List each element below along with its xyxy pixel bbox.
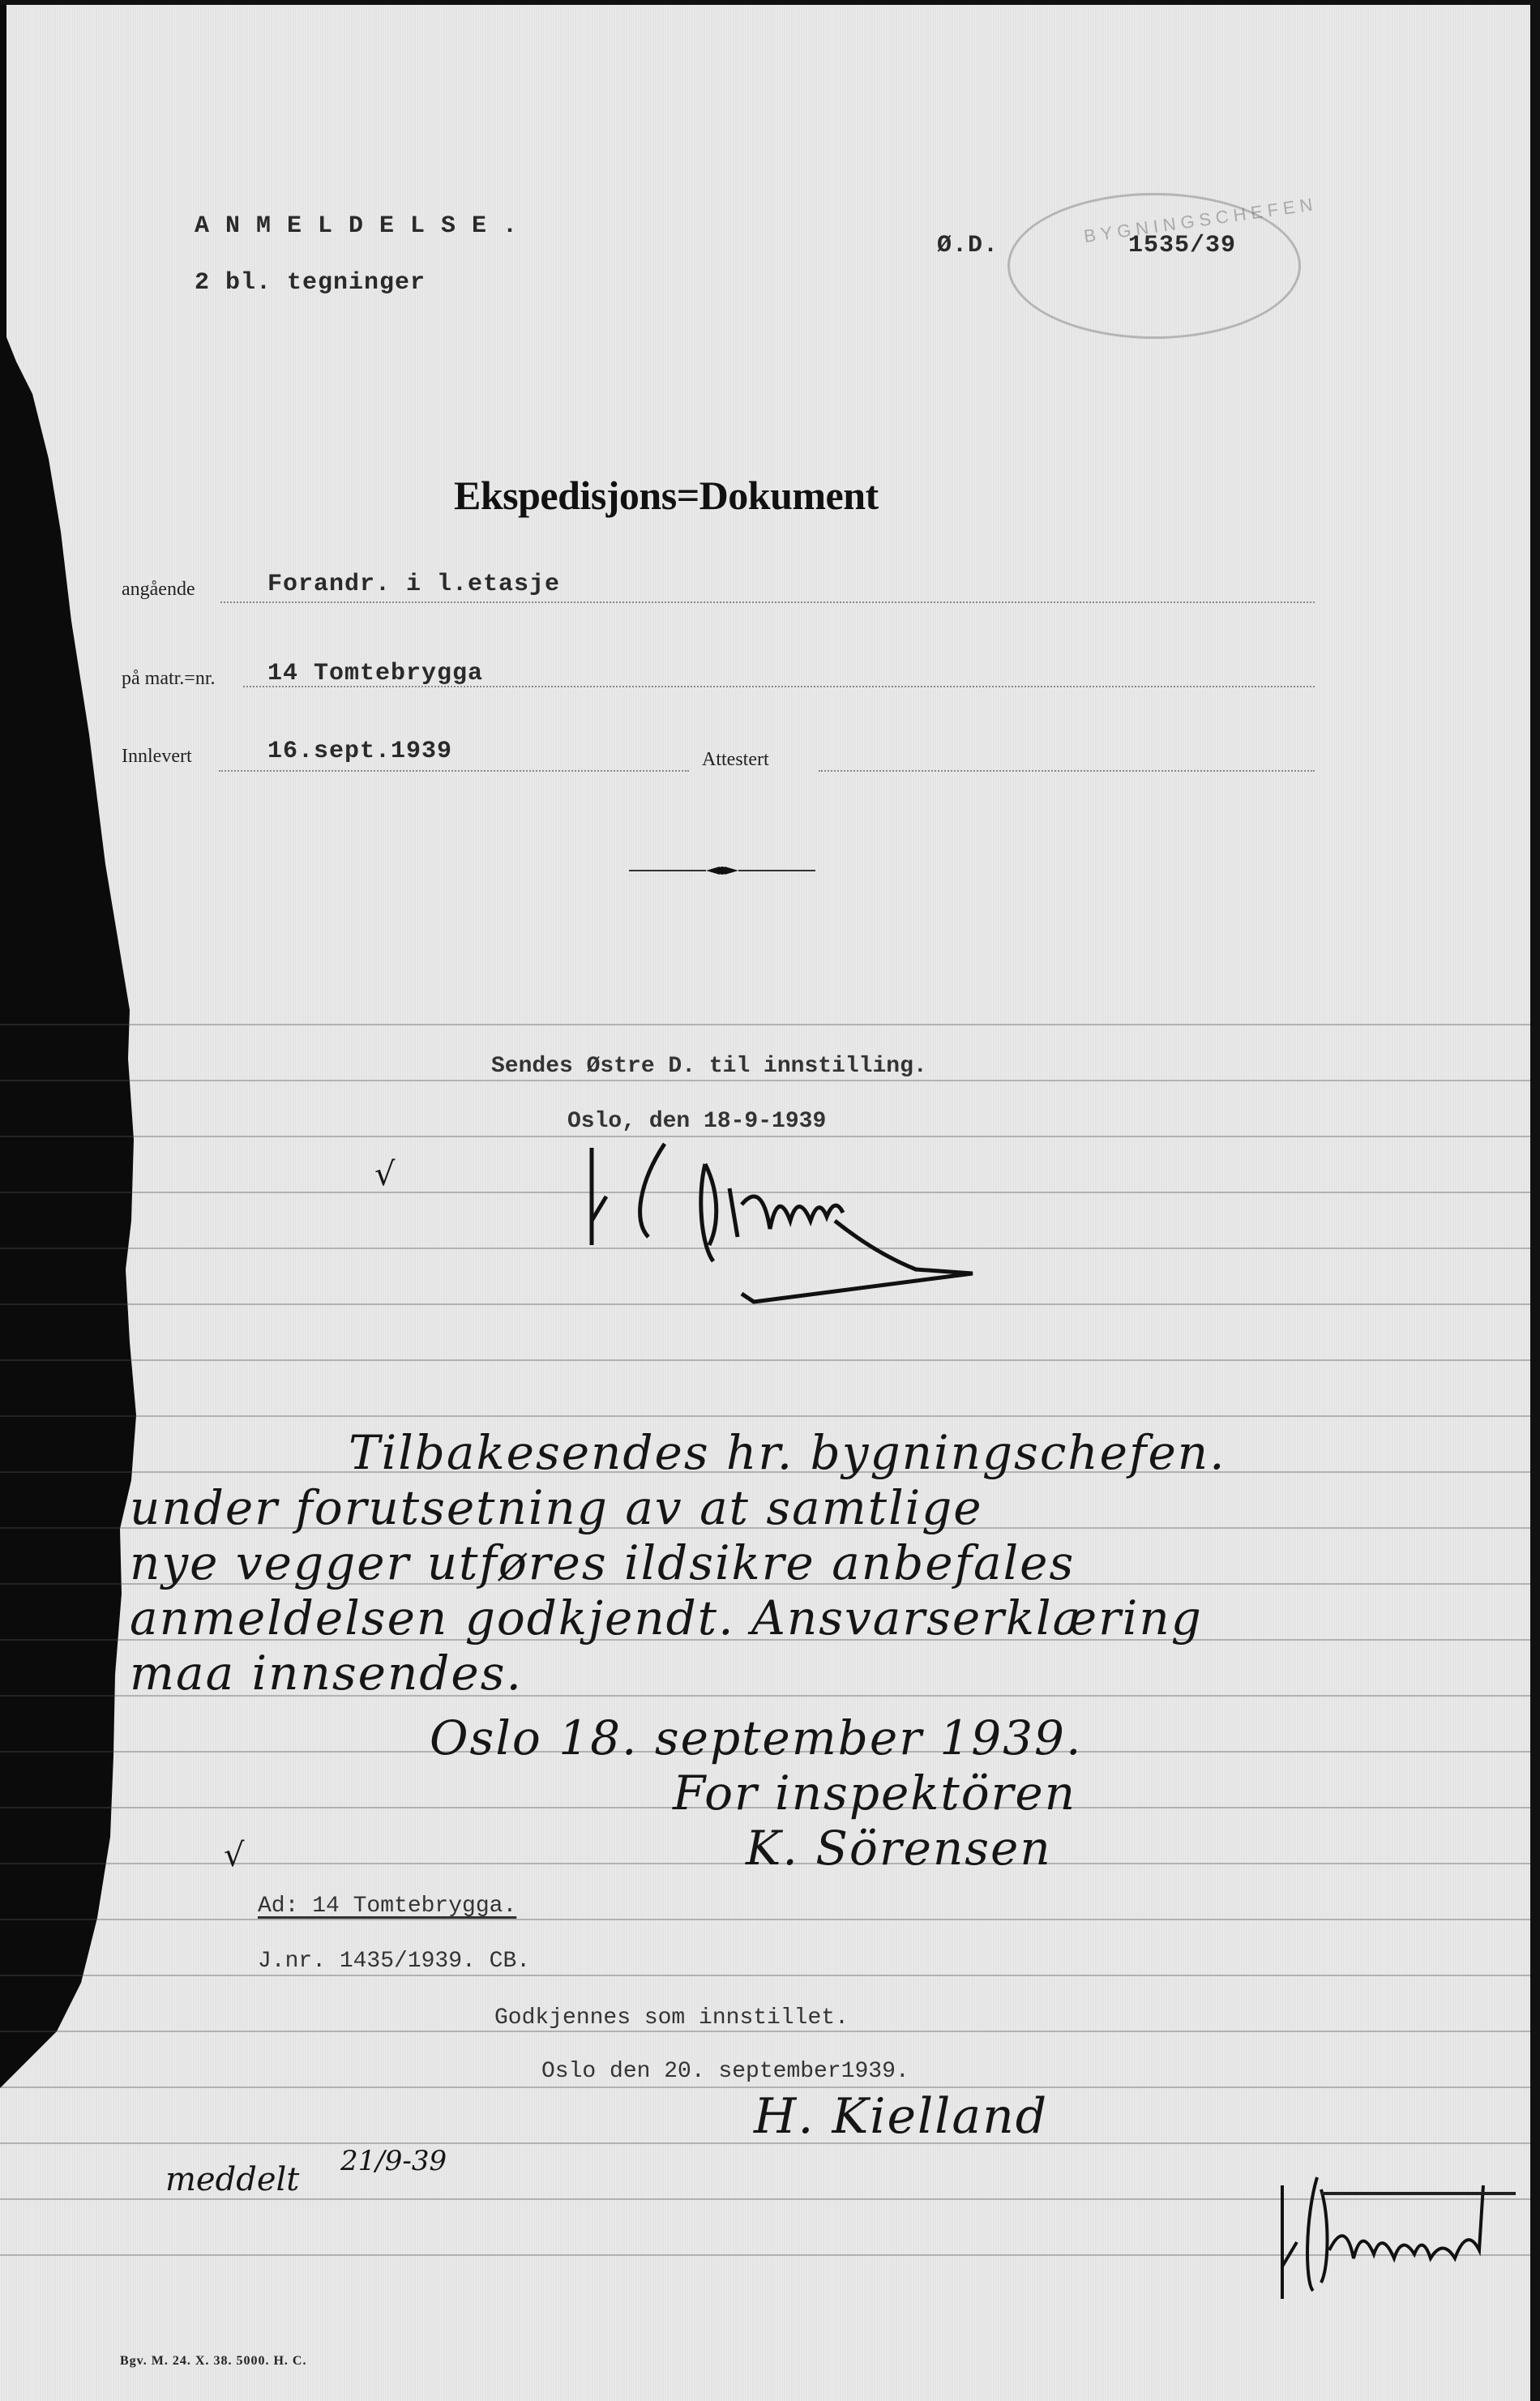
notified-date: 21/9-39 — [340, 2145, 447, 2177]
field-label-submitted: Innlevert — [122, 746, 192, 768]
field-line-attested — [819, 770, 1315, 772]
check-mark-1: √ — [374, 1156, 396, 1193]
office-code: Ø.D. — [937, 232, 999, 259]
initials-signature — [1273, 2169, 1516, 2315]
notified-note: meddelt — [165, 2161, 299, 2198]
document-type: A N M E L D E L S E . — [195, 212, 518, 240]
approval-journal-number: J.nr. 1435/1939. CB. — [258, 1949, 530, 1974]
routing-instruction: Sendes Østre D. til innstilling. — [491, 1054, 927, 1079]
field-label-cadastral: på matr.=nr. — [122, 668, 216, 690]
note-line-5: maa innsendes. — [130, 1646, 523, 1701]
torn-edge-shadow — [0, 5, 162, 2401]
office-stamp: BYGNINGSCHEFEN — [1007, 193, 1301, 339]
approval-decision: Godkjennes som innstillet. — [494, 2005, 849, 2031]
field-value-regarding: Forandr. i l.etasje — [267, 571, 560, 598]
note-date-line: Oslo 18. september 1939. — [430, 1710, 1082, 1765]
approval-address: Ad: 14 Tomtebrygga. — [258, 1894, 516, 1919]
routing-signature-text: E. Brannum — [567, 1132, 645, 1136]
note-line-1: Tilbakesendes hr. bygningschefen. — [349, 1425, 1226, 1480]
footer-print-code: Bgv. M. 24. X. 38. 5000. H. C. — [120, 2354, 306, 2369]
case-number: 1535/39 — [1128, 232, 1236, 259]
note-for-line: For inspektören — [673, 1765, 1076, 1821]
note-line-2: under forutsetning av at samtlige — [130, 1480, 983, 1535]
check-mark-2: √ — [224, 1837, 245, 1874]
approval-place-date: Oslo den 20. september1939. — [541, 2059, 909, 2084]
field-label-attested: Attestert — [702, 749, 769, 771]
routing-signature: E. Brannum — [567, 1132, 1037, 1310]
attachments-note: 2 bl. tegninger — [195, 269, 426, 297]
form-title: Ekspedisjons=Dokument — [454, 472, 879, 519]
field-label-regarding: angående — [122, 579, 195, 601]
note-signature: K. Sörensen — [746, 1821, 1052, 1876]
field-value-submitted: 16.sept.1939 — [267, 738, 452, 765]
document-page: A N M E L D E L S E . 2 bl. tegninger BY… — [0, 0, 1540, 2401]
note-line-4: anmeldelsen godkjendt. Ansvarserklæring — [130, 1590, 1203, 1646]
field-value-cadastral: 14 Tomtebrygga — [267, 660, 483, 687]
ornament-divider — [629, 866, 815, 875]
field-line-regarding — [220, 601, 1315, 603]
field-line-submitted — [219, 770, 689, 772]
approval-signature: H. Kielland — [754, 2088, 1048, 2145]
routing-place-date: Oslo, den 18-9-1939 — [567, 1109, 826, 1134]
note-line-3: nye vegger utføres ildsikre anbefales — [130, 1535, 1075, 1590]
